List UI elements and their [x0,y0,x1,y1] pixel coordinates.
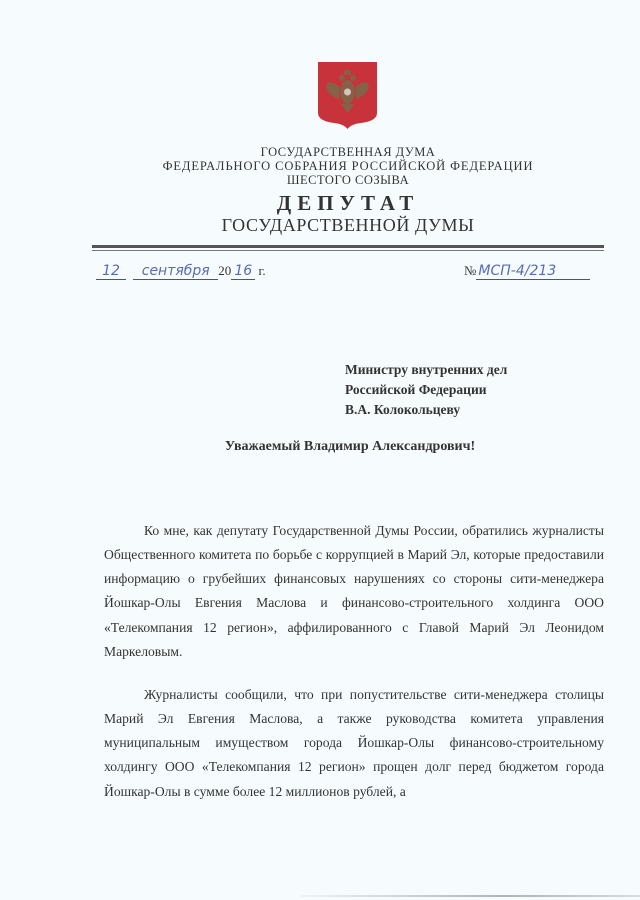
letterhead-line-3: ШЕСТОГО СОЗЫВА [28,173,640,188]
scan-edge-shadow [300,895,640,897]
coat-of-arms-icon [317,61,378,130]
letter-date: 12 сентября2016 г. [96,263,266,287]
letterhead-title: ДЕПУТАТ [28,191,640,216]
reference-value: МСП-4/213 [476,263,590,280]
reference-number: №МСП-4/213 [464,263,590,280]
addressee-line-1: Министру внутренних дел [345,360,507,380]
addressee-line-2: Российской Федерации [345,380,507,400]
date-month: сентября [133,263,218,280]
date-year-suffix: 16 [231,263,255,280]
body-paragraph: Журналисты сообщили, что при попуститель… [104,683,604,804]
body-paragraph: Ко мне, как депутату Государственной Дум… [104,519,604,665]
letterhead-line-2: ФЕДЕРАЛЬНОГО СОБРАНИЯ РОССИЙСКОЙ ФЕДЕРАЦ… [28,159,640,174]
addressee-line-3: В.А. Колокольцеву [345,400,507,420]
header-rule-thin [92,250,604,251]
date-year-unit: г. [259,263,266,278]
letterhead-line-1: ГОСУДАРСТВЕННАЯ ДУМА [28,145,640,160]
salutation: Уважаемый Владимир Александрович! [0,439,640,455]
reference-label: № [464,263,476,278]
header-rule-thick [92,245,604,248]
letter-page: ГОСУДАРСТВЕННАЯ ДУМА ФЕДЕРАЛЬНОГО СОБРАН… [0,0,640,900]
date-day: 12 [96,263,126,280]
addressee-block: Министру внутренних дел Российской Федер… [345,360,507,420]
letterhead-subtitle: ГОСУДАРСТВЕННОЙ ДУМЫ [28,215,640,236]
date-year-prefix: 20 [218,263,231,278]
